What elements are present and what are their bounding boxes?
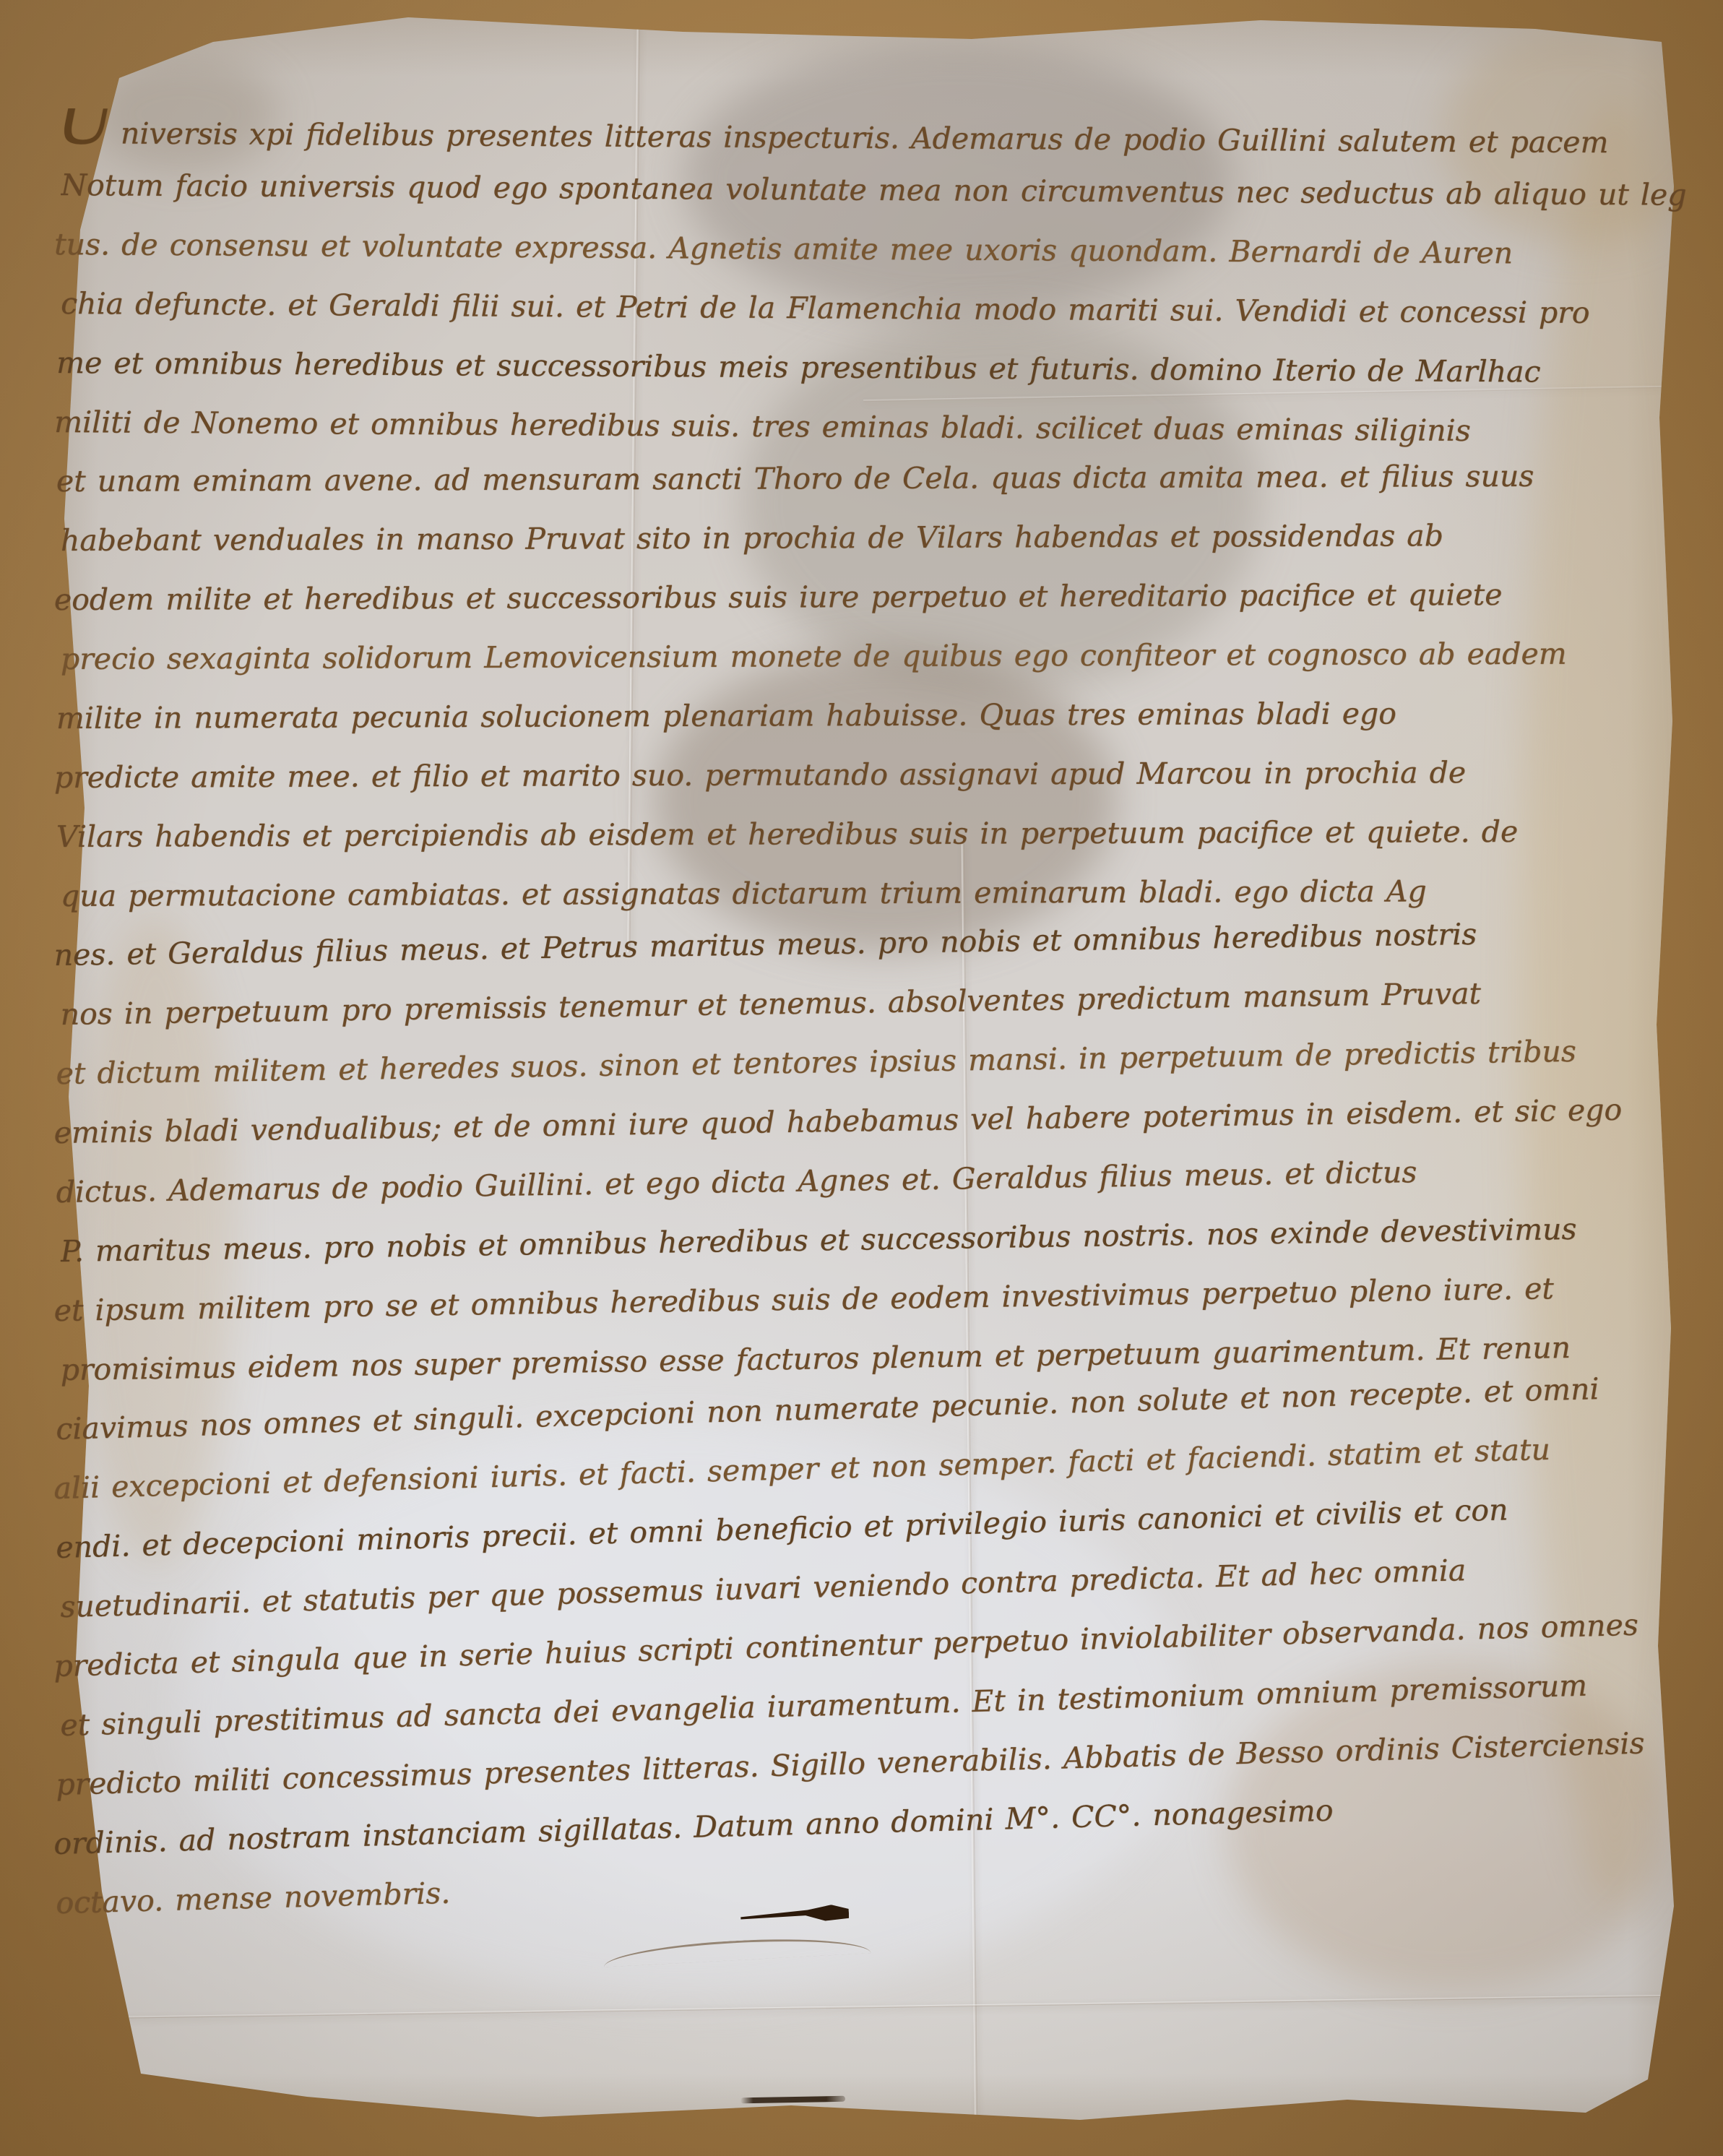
manuscript-text: Universis xpi fidelibus presentes litter… bbox=[56, 108, 1689, 1945]
manuscript-line: eodem milite et heredibus et successorib… bbox=[54, 577, 1680, 642]
manuscript-line: Notum facio universis quod ego spontanea… bbox=[61, 168, 1686, 237]
manuscript-line: Universis xpi fidelibus presentes litter… bbox=[56, 108, 1682, 178]
manuscript-line: predicte amite mee. et filio et marito s… bbox=[54, 754, 1680, 819]
manuscript-line: milite in numerata pecunia solucionem pl… bbox=[56, 695, 1682, 760]
manuscript-line: habebant venduales in manso Pruvat sito … bbox=[61, 517, 1686, 582]
manuscript-line: precio sexaginta solidorum Lemovicensium… bbox=[61, 636, 1686, 701]
fold-crease-horizontal-bottom bbox=[76, 1994, 1687, 2019]
manuscript-line: tus. de consensu et voluntate expressa. … bbox=[54, 227, 1680, 296]
seal-slit-lower bbox=[740, 2096, 845, 2104]
manuscript-line: Vilars habendis et percipiendis ab eisde… bbox=[56, 814, 1682, 879]
manuscript-line: chia defuncte. et Geraldi filii sui. et … bbox=[61, 286, 1686, 355]
manuscript-line: me et omnibus heredibus et successoribus… bbox=[56, 345, 1682, 415]
manuscript-line: et unam eminam avene. ad mensuram sancti… bbox=[56, 458, 1682, 523]
